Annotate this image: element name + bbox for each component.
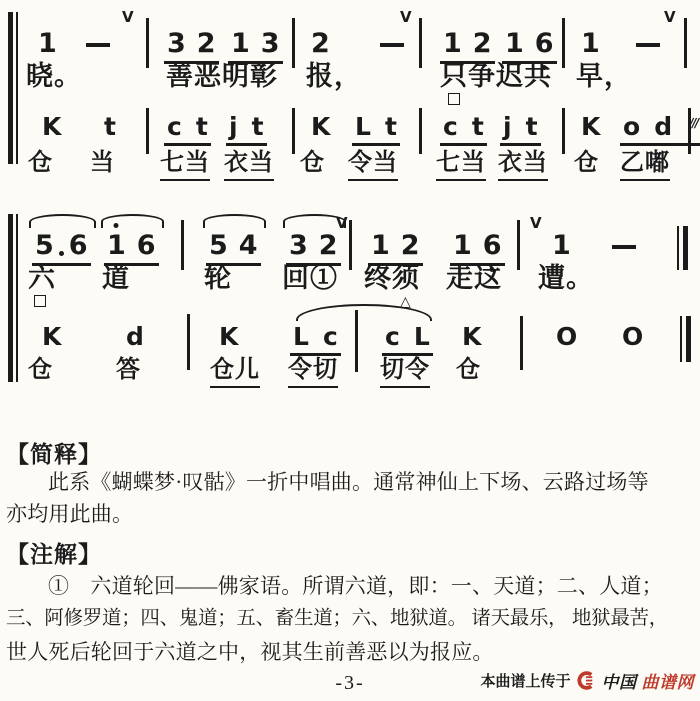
percussion-syllable: 仓 [28,358,53,383]
section-heading-jianshi: 【简释】 [6,436,102,469]
note-digit: c [385,324,400,349]
note: O [556,324,577,349]
percussion-syllable: 仓 [456,358,481,383]
note: d [126,324,144,349]
barline [520,316,523,370]
note: K [42,324,61,349]
score-page: 1V32132V12161V晓。善恶明彰报，只争迟共早，KtctjtKLtctj… [0,0,700,701]
note: K [462,324,481,349]
section-heading-zhujie: 【注解】 [6,536,102,569]
text-line: 此系《蝴蝶梦·叹骷》一折中唱曲。通常神仙上下场、云路过场等 [48,466,649,496]
final-double-barline [680,316,691,362]
slur [296,304,432,321]
note-digit: c [323,324,338,349]
note: O [622,324,643,349]
note-digit: L [414,324,430,349]
note-group: cL [382,324,433,356]
note-digit: L [293,324,309,349]
percussion-syllable: 答 [116,358,141,383]
percussion-syllable: 令切 [288,358,338,388]
site-logo-icon [576,670,597,691]
text-line: 亦均用此曲。 [6,498,133,528]
barline [187,314,190,370]
credit-prefix: 本曲谱上传于 [480,670,570,691]
uploader-credit: 本曲谱上传于 中国 曲谱网 [480,668,694,693]
text-line: 三、阿修罗道；四、鬼道；五、畜生道；六、地狱道。 诸天最乐， 地狱最苦， [6,602,668,630]
barline [355,310,358,372]
percussion-syllable: 仓儿 [210,358,260,388]
note: K [219,324,238,349]
note-group: Lc [290,324,341,356]
site-name-red: 曲谱网 [642,668,695,693]
text-line: 世人死后轮回于六道之中，视其生前善恶以为报应。 [6,636,494,666]
site-name-black: 中国 [602,668,637,693]
percussion-syllable: 切令 [380,358,430,388]
text-line: ① 六道轮回——佛家语。所谓六道，即：一、天道；二、人道； [48,570,663,600]
